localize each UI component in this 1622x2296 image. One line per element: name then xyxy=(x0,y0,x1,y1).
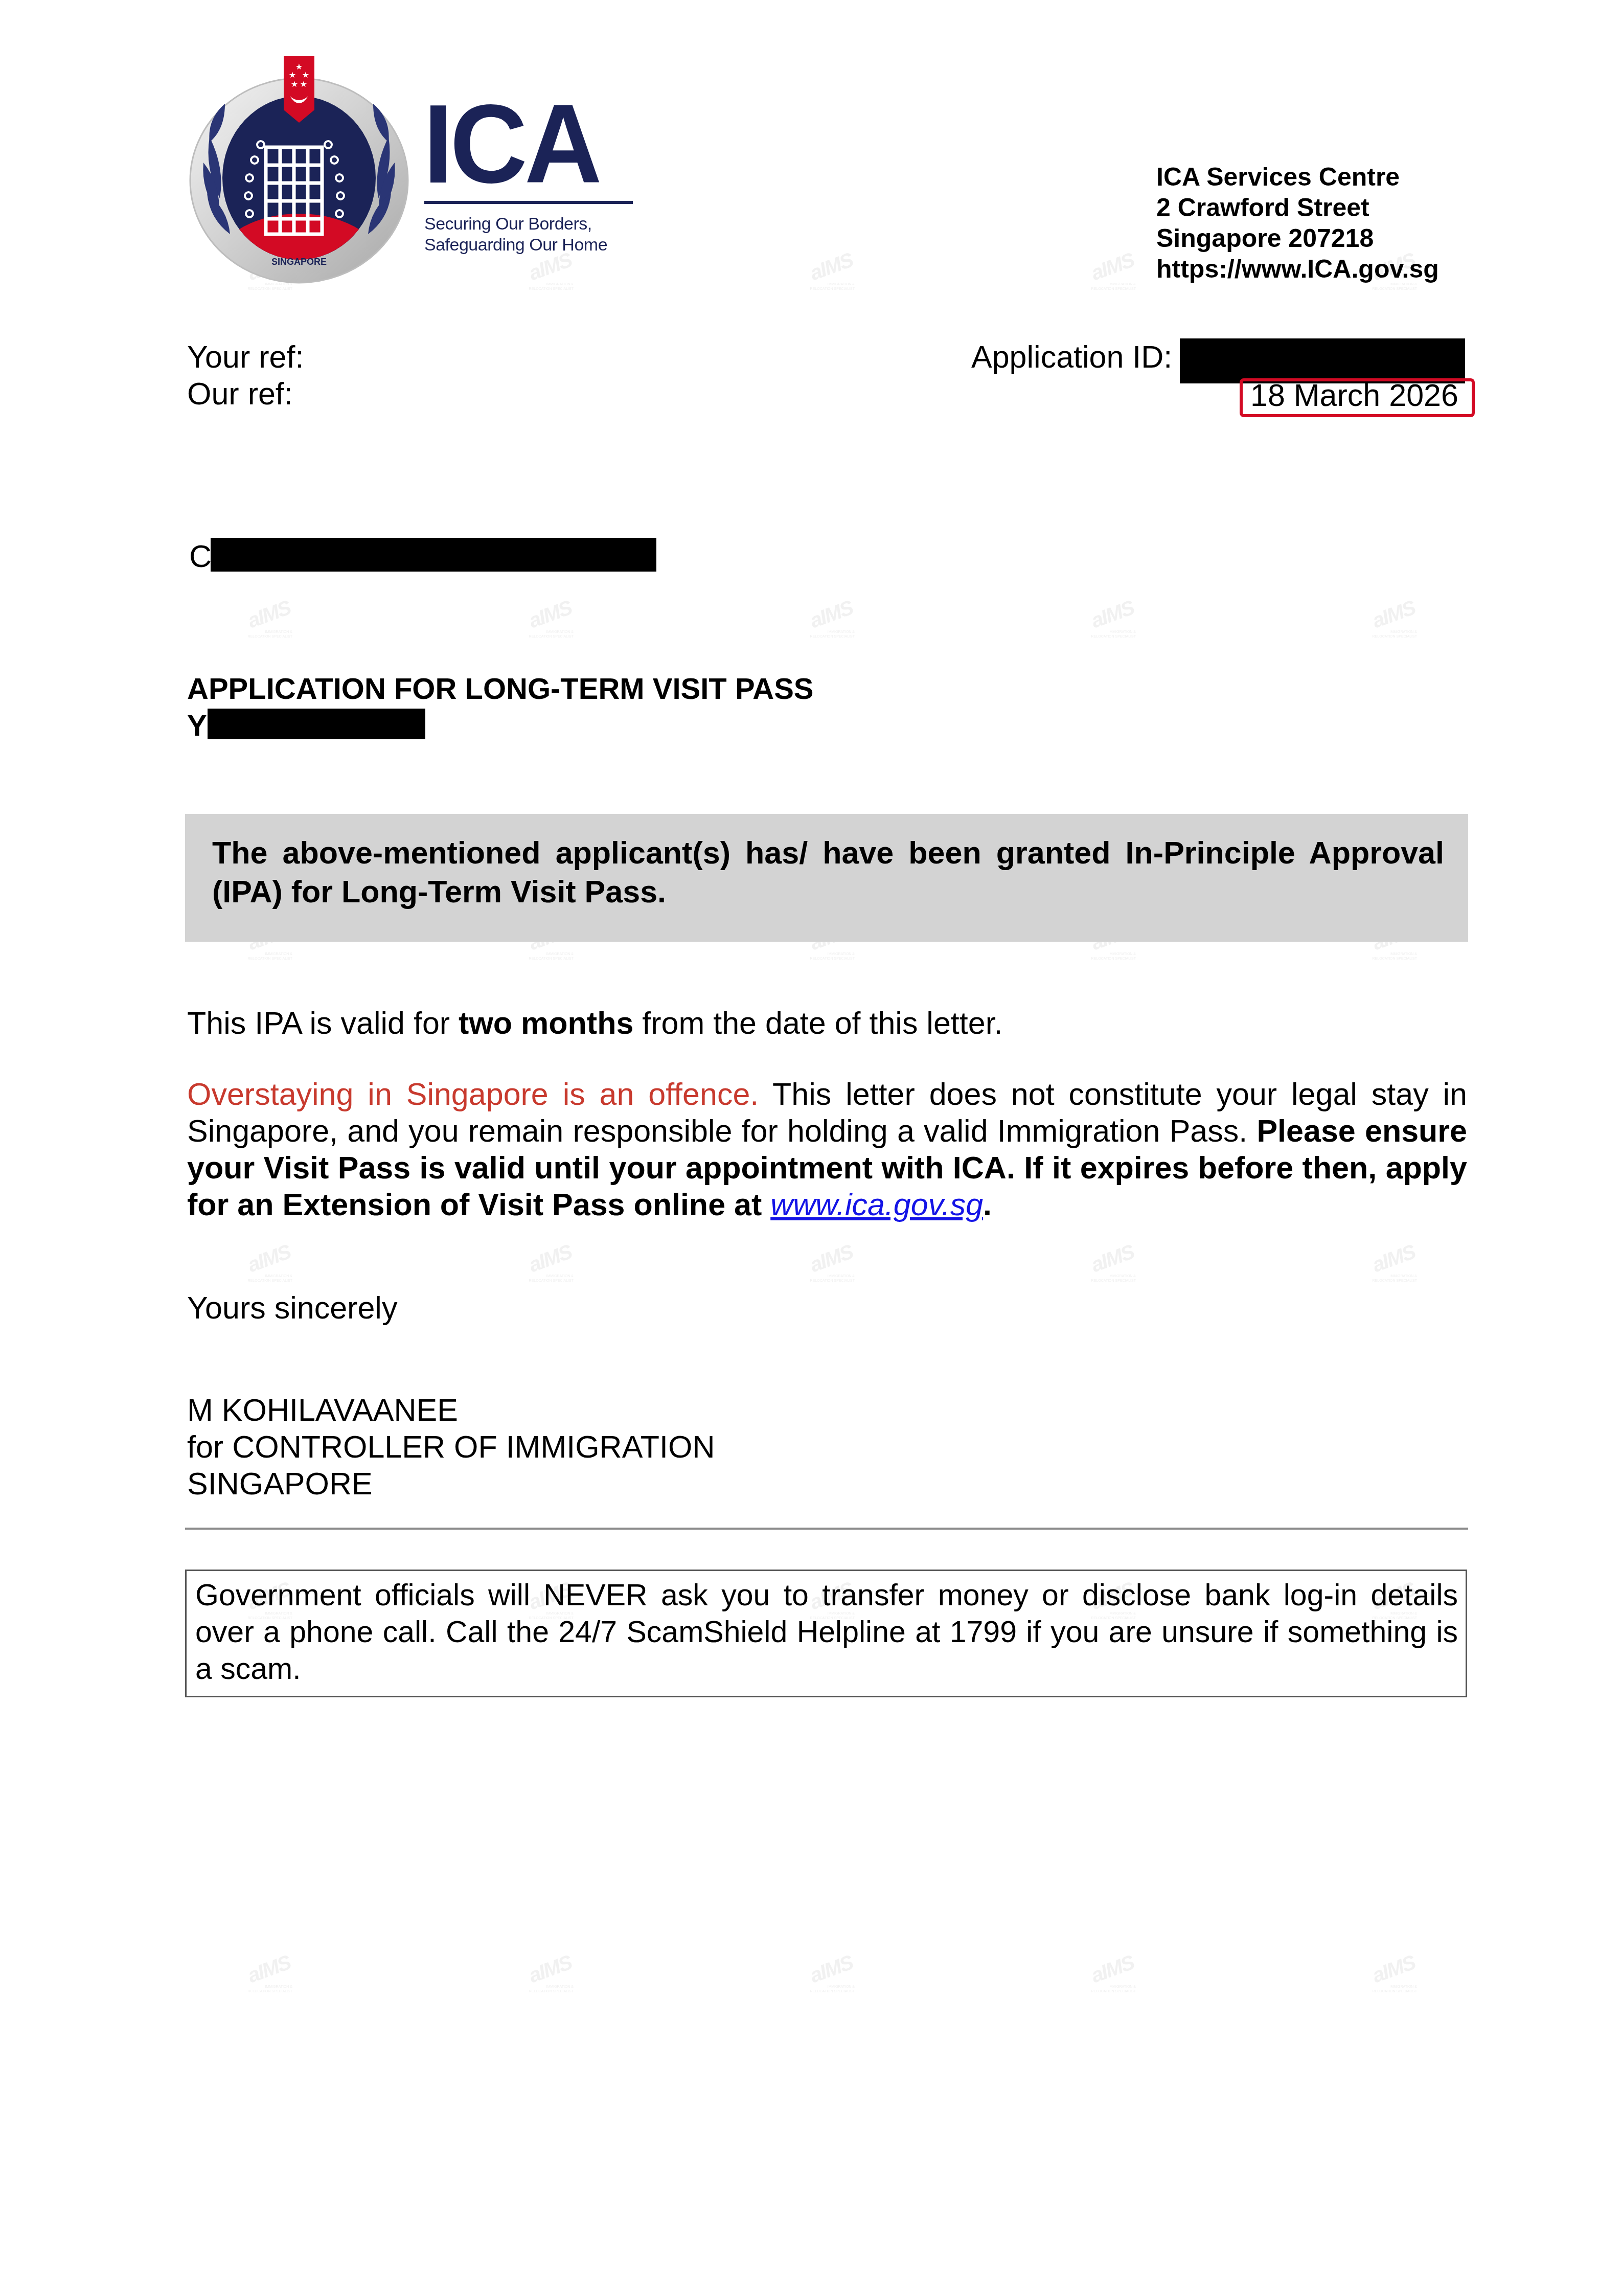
scam-notice-text: Government officials will NEVER ask you … xyxy=(195,1577,1458,1687)
recipient-initial: C xyxy=(189,538,212,575)
ica-wordmark: ICA xyxy=(423,91,599,197)
tagline-line-2: Safeguarding Our Home xyxy=(424,235,607,256)
ica-seal-logo: ★★★ ★★ SINGAPORE xyxy=(189,55,409,285)
signature-block: M KOHILAVAANEE for CONTROLLER OF IMMIGRA… xyxy=(187,1392,715,1502)
sender-address: ICA Services Centre 2 Crawford Street Si… xyxy=(1156,162,1439,284)
logo-tagline: Securing Our Borders, Safeguarding Our H… xyxy=(424,214,607,256)
aims-watermark: aIMSIMMIGRATION &RELOCATION SPECIALIST xyxy=(245,1247,302,1288)
validity-prefix: This IPA is valid for xyxy=(187,1006,459,1040)
aims-watermark: aIMSIMMIGRATION &RELOCATION SPECIALIST xyxy=(808,603,864,644)
your-ref-label: Your ref: xyxy=(187,338,304,375)
ica-website-link[interactable]: www.ica.gov.sg xyxy=(770,1187,983,1222)
address-website[interactable]: https://www.ICA.gov.sg xyxy=(1156,254,1439,284)
aims-watermark: aIMSIMMIGRATION &RELOCATION SPECIALIST xyxy=(527,256,583,297)
approval-notice-text: The above-mentioned applicant(s) has/ ha… xyxy=(212,833,1444,911)
aims-watermark: aIMSIMMIGRATION &RELOCATION SPECIALIST xyxy=(808,1958,864,1999)
svg-text:★: ★ xyxy=(291,79,298,89)
trailing-period: . xyxy=(983,1187,992,1222)
logo-divider xyxy=(424,201,633,204)
letter-date: 18 March 2026 xyxy=(1250,377,1458,414)
signatory-name: M KOHILAVAANEE xyxy=(187,1392,715,1428)
aims-watermark: aIMSIMMIGRATION &RELOCATION SPECIALIST xyxy=(1370,1958,1426,1999)
subject-title: APPLICATION FOR LONG-TERM VISIT PASS xyxy=(187,671,814,708)
validity-paragraph: This IPA is valid for two months from th… xyxy=(187,1005,1003,1041)
footer-divider xyxy=(185,1528,1468,1530)
svg-text:★: ★ xyxy=(302,70,309,80)
aims-watermark: aIMSIMMIGRATION &RELOCATION SPECIALIST xyxy=(1370,1247,1426,1288)
svg-text:★: ★ xyxy=(289,70,296,80)
recipient-redaction xyxy=(211,538,656,572)
svg-text:★: ★ xyxy=(300,79,307,89)
signatory-title: for CONTROLLER OF IMMIGRATION xyxy=(187,1428,715,1465)
address-line-3: Singapore 207218 xyxy=(1156,223,1439,254)
validity-suffix: from the date of this letter. xyxy=(633,1006,1002,1040)
aims-watermark: aIMSIMMIGRATION &RELOCATION SPECIALIST xyxy=(1089,256,1145,297)
aims-watermark: aIMSIMMIGRATION &RELOCATION SPECIALIST xyxy=(1089,1958,1145,1999)
closing-salutation: Yours sincerely xyxy=(187,1289,397,1326)
validity-duration: two months xyxy=(459,1006,633,1040)
address-line-1: ICA Services Centre xyxy=(1156,162,1439,192)
aims-watermark: aIMSIMMIGRATION &RELOCATION SPECIALIST xyxy=(808,256,864,297)
aims-watermark: aIMSIMMIGRATION &RELOCATION SPECIALIST xyxy=(527,1958,583,1999)
aims-watermark: aIMSIMMIGRATION &RELOCATION SPECIALIST xyxy=(1089,603,1145,644)
svg-text:SINGAPORE: SINGAPORE xyxy=(271,257,327,267)
overstay-warning: Overstaying in Singapore is an offence. xyxy=(187,1077,759,1111)
application-id-label: Application ID: xyxy=(971,338,1172,375)
our-ref-label: Our ref: xyxy=(187,375,304,412)
aims-watermark: aIMSIMMIGRATION &RELOCATION SPECIALIST xyxy=(1089,1247,1145,1288)
aims-watermark: aIMSIMMIGRATION &RELOCATION SPECIALIST xyxy=(1370,603,1426,644)
aims-watermark: aIMSIMMIGRATION &RELOCATION SPECIALIST xyxy=(245,1958,302,1999)
aims-watermark: aIMSIMMIGRATION &RELOCATION SPECIALIST xyxy=(808,1247,864,1288)
applicant-redaction xyxy=(208,709,425,739)
reference-labels: Your ref: Our ref: xyxy=(187,338,304,412)
signatory-country: SINGAPORE xyxy=(187,1465,715,1502)
aims-watermark: aIMSIMMIGRATION &RELOCATION SPECIALIST xyxy=(245,603,302,644)
tagline-line-1: Securing Our Borders, xyxy=(424,214,607,235)
aims-watermark: aIMSIMMIGRATION &RELOCATION SPECIALIST xyxy=(527,603,583,644)
address-line-2: 2 Crawford Street xyxy=(1156,192,1439,223)
overstay-warning-paragraph: Overstaying in Singapore is an offence. … xyxy=(187,1076,1467,1223)
aims-watermark: aIMSIMMIGRATION &RELOCATION SPECIALIST xyxy=(527,1247,583,1288)
